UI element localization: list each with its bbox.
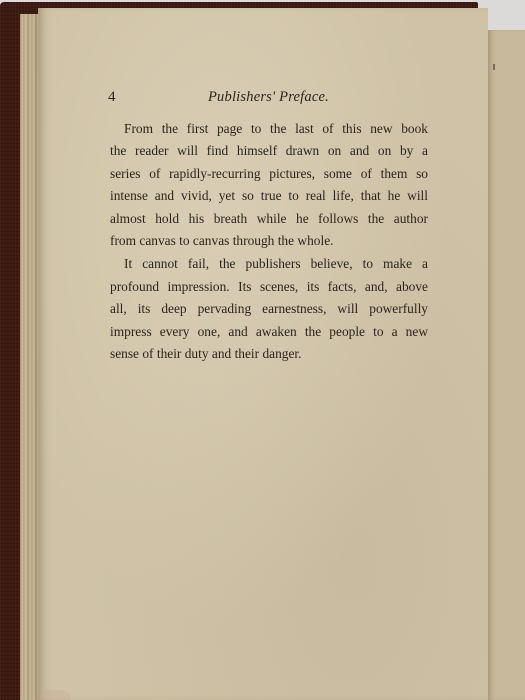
text-line: profound impression. Its scenes, its fac… [110, 276, 428, 298]
text-line: From the first page to the last of this … [110, 118, 428, 140]
text-line: all, its deep pervading earnestness, wil… [110, 298, 428, 320]
text-line: It cannot fail, the publishers believe, … [110, 253, 428, 275]
paragraph-2: It cannot fail, the publishers believe, … [110, 253, 428, 365]
facing-page-edge [488, 30, 525, 700]
thumb-shadow [40, 690, 70, 700]
text-line: the reader will find himself drawn on an… [110, 140, 428, 162]
body-text: From the first page to the last of this … [110, 118, 428, 365]
text-line: impress every one, and awaken the people… [110, 321, 428, 343]
page-mark [493, 64, 495, 70]
paragraph-1: From the first page to the last of this … [110, 118, 428, 252]
text-line: sense of their duty and their danger. [110, 343, 428, 365]
text-line: intense and vivid, yet so true to real l… [110, 185, 428, 207]
text-line: from canvas to canvas through the whole. [110, 230, 428, 252]
page-edges [20, 14, 40, 700]
page-number: 4 [108, 89, 116, 106]
text-line: almost hold his breath while he follows … [110, 208, 428, 230]
text-line: series of rapidly-recurring pictures, so… [110, 163, 428, 185]
running-head-title: Publishers' Preface. [208, 89, 329, 106]
book-photo: 4 Publishers' Preface. From the first pa… [0, 0, 525, 700]
running-head: 4 Publishers' Preface. [108, 89, 448, 111]
